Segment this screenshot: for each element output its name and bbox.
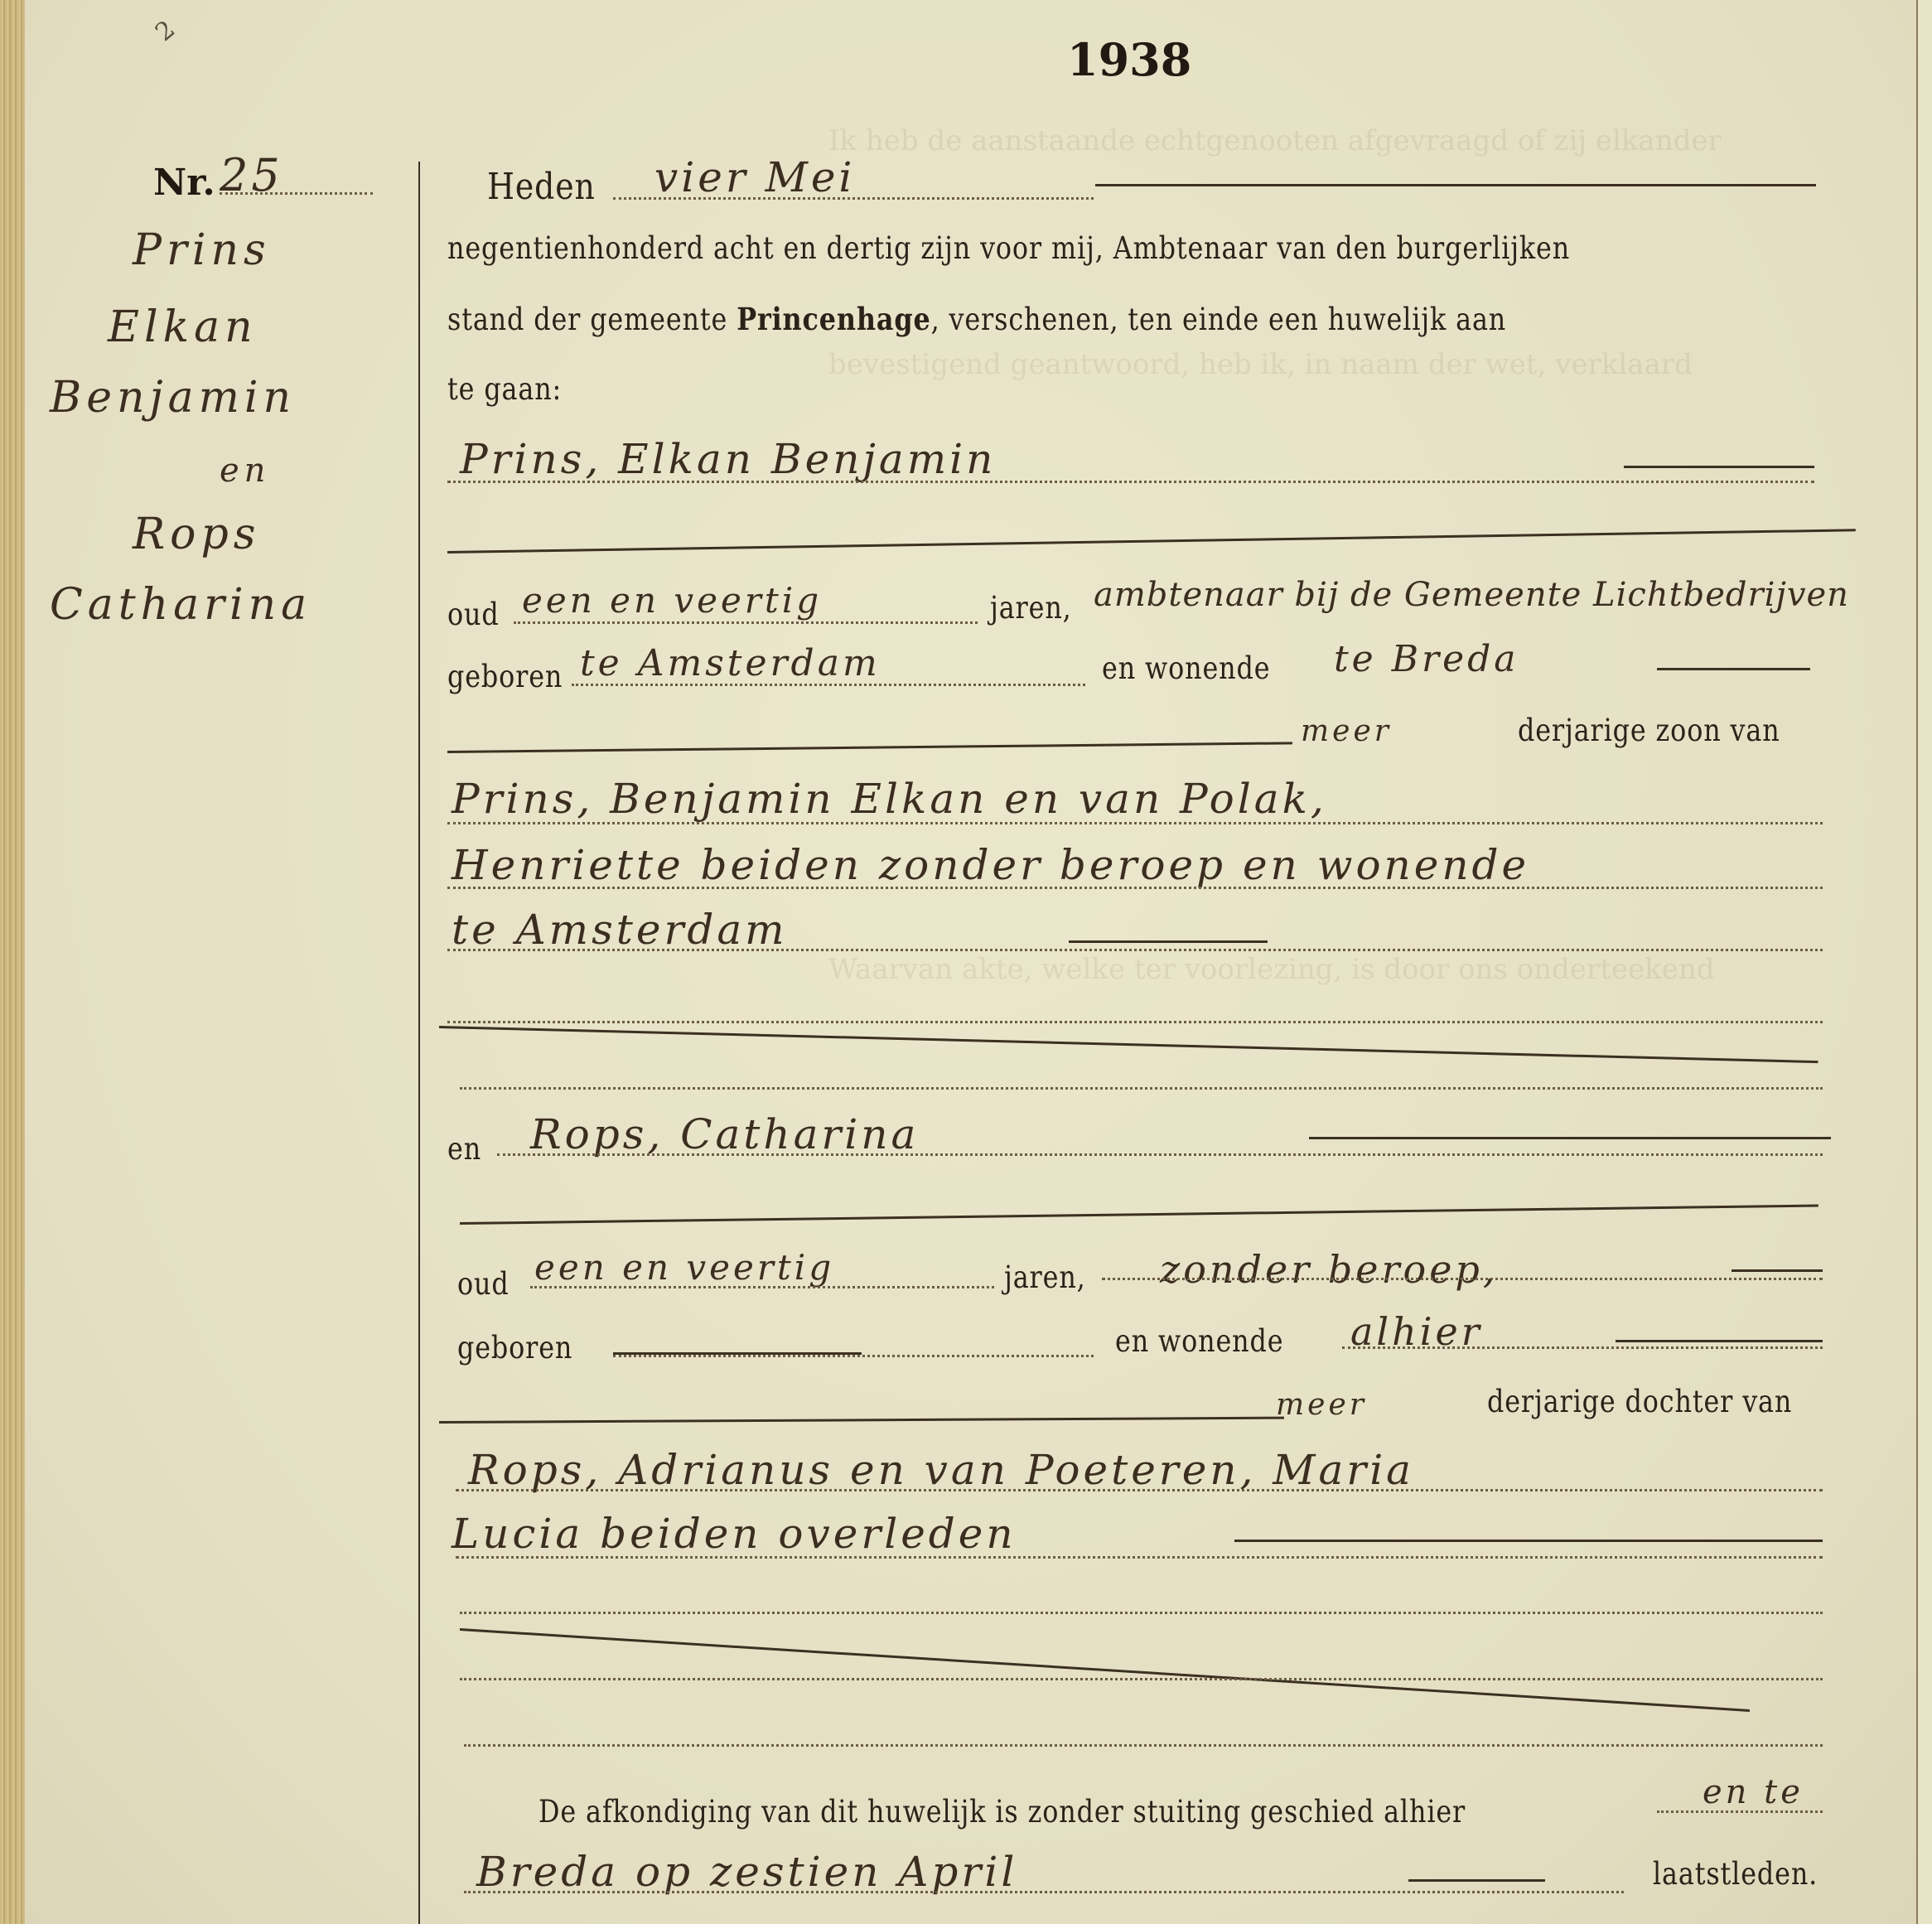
printed-line-2: negentienhonderd acht en dertig zijn voo… (447, 230, 1570, 266)
margin-firstname-groom-1: Elkan (108, 302, 258, 352)
dotted-line (464, 1891, 1624, 1893)
fill-rule (439, 1417, 1284, 1424)
proclamation-closing: laatstleden. (1653, 1856, 1818, 1892)
page-edge (1916, 0, 1932, 1924)
strike-through-rule (439, 1026, 1818, 1063)
dotted-line (460, 1087, 1823, 1090)
margin-firstname-bride: Catharina (50, 580, 312, 630)
dotted-line (1657, 1810, 1823, 1813)
groom-name: Prins, Elkan Benjamin (460, 435, 996, 483)
bride-born-label: geboren (457, 1330, 572, 1366)
dotted-line (514, 621, 978, 624)
column-divider (418, 162, 420, 1924)
dotted-line (613, 1355, 1094, 1357)
dotted-line (456, 1489, 1823, 1491)
heden-label: Heden (487, 166, 596, 208)
bride-age-label: oud (457, 1266, 510, 1302)
fill-rule (1095, 184, 1816, 186)
fill-rule (447, 529, 1856, 554)
margin-surname-groom: Prins (133, 225, 271, 275)
groom-age-label: oud (447, 597, 500, 632)
show-through-text: bevestigend geantwoord, heb ik, in naam … (828, 348, 1693, 381)
dotted-line (447, 481, 1814, 483)
groom-born-label: geboren (447, 659, 563, 694)
municipality-name: Princenhage (737, 301, 930, 337)
year-header: 1938 (1067, 33, 1191, 86)
book-binding-edge (0, 0, 25, 1924)
bride-residence-label: en wonende (1115, 1323, 1283, 1359)
groom-parents-line-1: Prins, Benjamin Elkan en van Polak, (452, 775, 1327, 823)
jaren-label: jaren, (990, 590, 1072, 626)
fill-rule (1309, 1137, 1831, 1139)
strike-through-rule (460, 1628, 1750, 1712)
dotted-line (447, 887, 1823, 889)
margin-surname-bride: Rops (133, 510, 260, 559)
bride-age: een en veertig (534, 1247, 834, 1288)
dotted-line (497, 1153, 1823, 1156)
jaren-label: jaren, (1004, 1259, 1086, 1295)
dotted-line (460, 1612, 1823, 1614)
bride-majority: meer (1276, 1388, 1367, 1422)
register-page: Ik heb de aanstaande echtgenooten afgevr… (0, 0, 1932, 1924)
dotted-line (447, 822, 1823, 824)
heden-date: vier Mei (654, 153, 855, 201)
dotted-line (464, 1744, 1823, 1747)
proclamation-place-suffix: en te (1703, 1773, 1804, 1811)
proclamation-text: De afkondiging van dit huwelijk is zonde… (539, 1794, 1466, 1830)
dotted-line (1342, 1346, 1823, 1349)
margin-firstname-groom-2: Benjamin (50, 373, 296, 423)
printed-text: stand der gemeente (447, 302, 737, 337)
bride-child-label: derjarige dochter van (1487, 1384, 1792, 1419)
groom-parents-line-2: Henriette beiden zonder beroep en wonend… (452, 841, 1529, 889)
fill-rule (1616, 1340, 1823, 1342)
dotted-line (530, 1286, 994, 1288)
dotted-line (447, 1021, 1823, 1023)
fill-rule (1408, 1879, 1545, 1882)
groom-occupation: ambtenaar bij de Gemeente Lichtbedrijven (1094, 576, 1849, 614)
fill-rule (460, 1205, 1818, 1225)
dotted-line (613, 197, 1094, 200)
bride-parents-line-1: Rops, Adrianus en van Poeteren, Maria (468, 1446, 1414, 1494)
fill-rule (1624, 466, 1814, 468)
groom-residence-label: en wonende (1102, 650, 1270, 686)
bride-occupation: zonder beroep, (1160, 1247, 1498, 1292)
fill-rule (1234, 1540, 1823, 1542)
dotted-line (456, 1556, 1823, 1559)
groom-birthplace: te Amsterdam (580, 642, 881, 684)
bride-parents-line-2: Lucia beiden overleden (452, 1510, 1017, 1558)
groom-residence: te Breda (1334, 638, 1519, 680)
corner-mark: 2 (150, 15, 181, 47)
show-through-text: Ik heb de aanstaande echtgenooten afgevr… (828, 124, 1722, 157)
proclamation-place-date: Breda op zestien April (476, 1848, 1017, 1896)
printed-line-4: te gaan: (447, 371, 562, 407)
dotted-line (572, 684, 1085, 686)
show-through-text: Waarvan akte, welke ter voorlezing, is d… (828, 953, 1715, 986)
dotted-line (220, 192, 373, 195)
margin-conjunction: en (220, 452, 270, 490)
bride-name: Rops, Catharina (530, 1110, 919, 1158)
dotted-line (460, 1678, 1823, 1680)
dotted-line (1102, 1278, 1823, 1280)
en-label: en (447, 1131, 481, 1167)
printed-text: , verschenen, ten einde een huwelijk aan (931, 302, 1507, 337)
groom-age: een en veertig (522, 580, 822, 621)
fill-rule (1069, 940, 1268, 943)
record-number-label: Nr. (153, 162, 215, 204)
fill-rule (1732, 1269, 1823, 1272)
printed-line-3: stand der gemeente Princenhage, verschen… (447, 301, 1506, 337)
dotted-line (447, 949, 1823, 951)
groom-child-label: derjarige zoon van (1518, 713, 1780, 748)
fill-rule (1657, 668, 1810, 670)
groom-parents-line-3: te Amsterdam (452, 906, 788, 954)
groom-majority: meer (1301, 714, 1392, 748)
fill-rule (447, 742, 1292, 753)
